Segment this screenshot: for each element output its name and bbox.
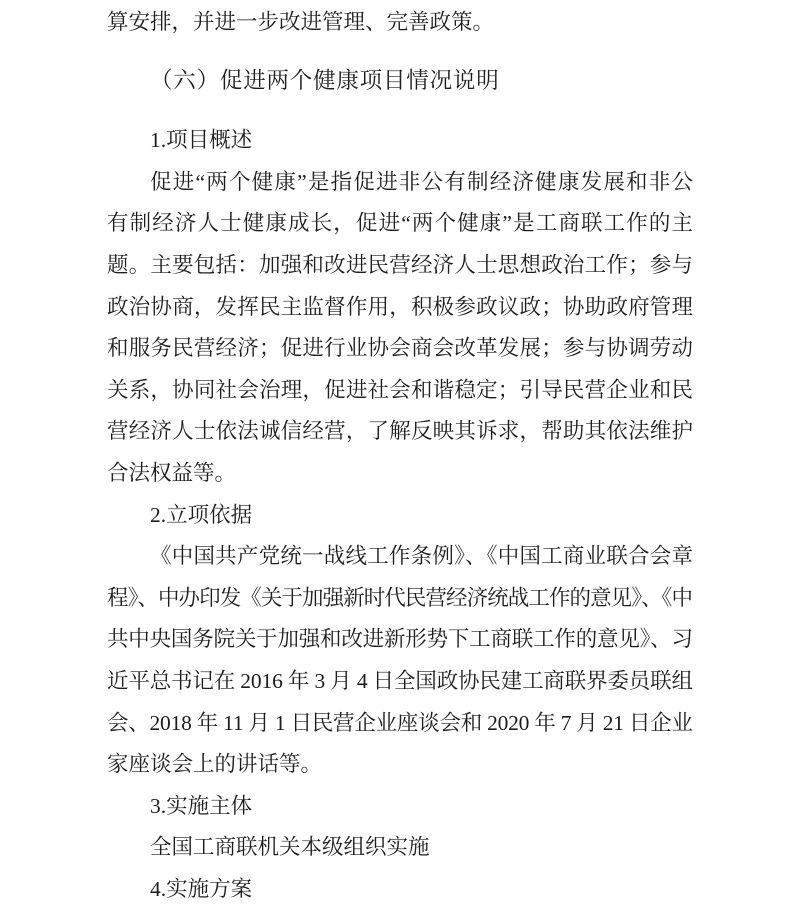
text-content: 政治协商，发挥民主监督作用，积极参政议政；协助政府管理 bbox=[107, 295, 693, 319]
body-text-line: 题。主要包括：加强和改进民营经济人士思想政治工作；参与 bbox=[107, 245, 693, 287]
text-content: （六）促进两个健康项目情况说明 bbox=[150, 68, 500, 93]
body-text-line: 共中央国务院关于加强和改进新形势下工商联工作的意见》、习 bbox=[107, 619, 693, 661]
text-content: 题。主要包括：加强和改进民营经济人士思想政治工作；参与 bbox=[107, 253, 693, 277]
body-text-line: 和服务民营经济；促进行业协会商会改革发展；参与协调劳动 bbox=[107, 328, 693, 370]
body-text-line: 促进“两个健康”是指促进非公有制经济健康发展和非公 bbox=[107, 162, 693, 204]
document-page: 算安排，并进一步改进管理、完善政策。 （六）促进两个健康项目情况说明 1.项目概… bbox=[0, 0, 800, 914]
paragraph-tail-line: 算安排，并进一步改进管理、完善政策。 bbox=[107, 2, 693, 44]
body-text-line: 《中国共产党统一战线工作条例》、《中国工商业联合会章 bbox=[107, 536, 693, 578]
text-content: 《中国共产党统一战线工作条例》、《中国工商业联合会章 bbox=[150, 544, 693, 568]
text-content: 家座谈会上的讲话等。 bbox=[107, 752, 322, 776]
numbered-heading-4: 4.实施方案 bbox=[107, 869, 693, 911]
text-content: 促进“两个健康”是指促进非公有制经济健康发展和非公 bbox=[150, 170, 694, 194]
numbered-heading-2: 2.立项依据 bbox=[107, 495, 693, 537]
text-content: 和服务民营经济；促进行业协会商会改革发展；参与协调劳动 bbox=[107, 336, 693, 360]
body-text-line: 家座谈会上的讲话等。 bbox=[107, 744, 693, 786]
text-content: 会、2018 年 11 月 1 日民营企业座谈会和 2020 年 7 月 21 … bbox=[107, 711, 693, 735]
text-content: 4.实施方案 bbox=[150, 877, 252, 901]
body-text-line: 有制经济人士健康成长，促进“两个健康”是工商联工作的主 bbox=[107, 203, 693, 245]
body-text-line: 合法权益等。 bbox=[107, 453, 693, 495]
numbered-heading-3: 3.实施主体 bbox=[107, 786, 693, 828]
body-text-line: 会、2018 年 11 月 1 日民营企业座谈会和 2020 年 7 月 21 … bbox=[107, 703, 693, 745]
body-text-line: 近平总书记在 2016 年 3 月 4 日全国政协民建工商联界委员联组 bbox=[107, 661, 693, 703]
text-content: 共中央国务院关于加强和改进新形势下工商联工作的意见》、习 bbox=[107, 627, 693, 651]
body-text-line: 程》、中办印发《关于加强新时代民营经济统战工作的意见》、《中 bbox=[107, 578, 693, 620]
text-content: 全国工商联机关本级组织实施 bbox=[150, 835, 430, 859]
text-content: 算安排，并进一步改进管理、完善政策。 bbox=[107, 10, 494, 34]
text-content: 3.实施主体 bbox=[150, 794, 252, 818]
text-content: 近平总书记在 2016 年 3 月 4 日全国政协民建工商联界委员联组 bbox=[107, 669, 693, 693]
numbered-heading-1: 1.项目概述 bbox=[107, 120, 693, 162]
text-content: 1.项目概述 bbox=[150, 128, 252, 152]
body-text-line: 关系，协同社会治理，促进社会和谐稳定；引导民营企业和民 bbox=[107, 370, 693, 412]
body-text-line: 政治协商，发挥民主监督作用，积极参政议政；协助政府管理 bbox=[107, 287, 693, 329]
text-content: 关系，协同社会治理，促进社会和谐稳定；引导民营企业和民 bbox=[107, 378, 693, 402]
section-heading: （六）促进两个健康项目情况说明 bbox=[107, 60, 693, 102]
text-content: 有制经济人士健康成长，促进“两个健康”是工商联工作的主 bbox=[107, 211, 694, 235]
text-content: 程》、中办印发《关于加强新时代民营经济统战工作的意见》、《中 bbox=[107, 586, 692, 610]
body-text-line: 全国工商联机关本级组织实施 bbox=[107, 827, 693, 869]
text-content: 营经济人士依法诚信经营，了解反映其诉求，帮助其依法维护 bbox=[107, 419, 693, 443]
text-content: 2.立项依据 bbox=[150, 503, 252, 527]
body-text-line: 营经济人士依法诚信经营，了解反映其诉求，帮助其依法维护 bbox=[107, 411, 693, 453]
text-content: 合法权益等。 bbox=[107, 461, 236, 485]
